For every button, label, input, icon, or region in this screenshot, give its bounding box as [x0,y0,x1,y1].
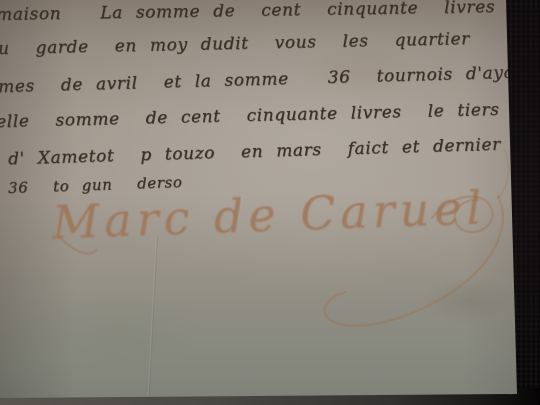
handwriting-line-3: mes de avril et la somme 36 tournois d'a… [0,63,515,97]
manuscript-paper: maison La somme de cent cinquante livres… [0,0,540,405]
handwriting-line-5: d' Xametot p touzo en mars faict et dern… [8,135,501,170]
handwriting-line-1: maison La somme de cent cinquante livres [0,0,495,25]
handwriting-line-2: u garde en moy dudit vous les quartier [0,29,470,59]
photo-of-manuscript: maison La somme de cent cinquante livres… [0,0,540,405]
fold-crease [147,235,158,400]
handwriting-line-4: elle somme de cent cinquante livres le t… [0,100,500,132]
